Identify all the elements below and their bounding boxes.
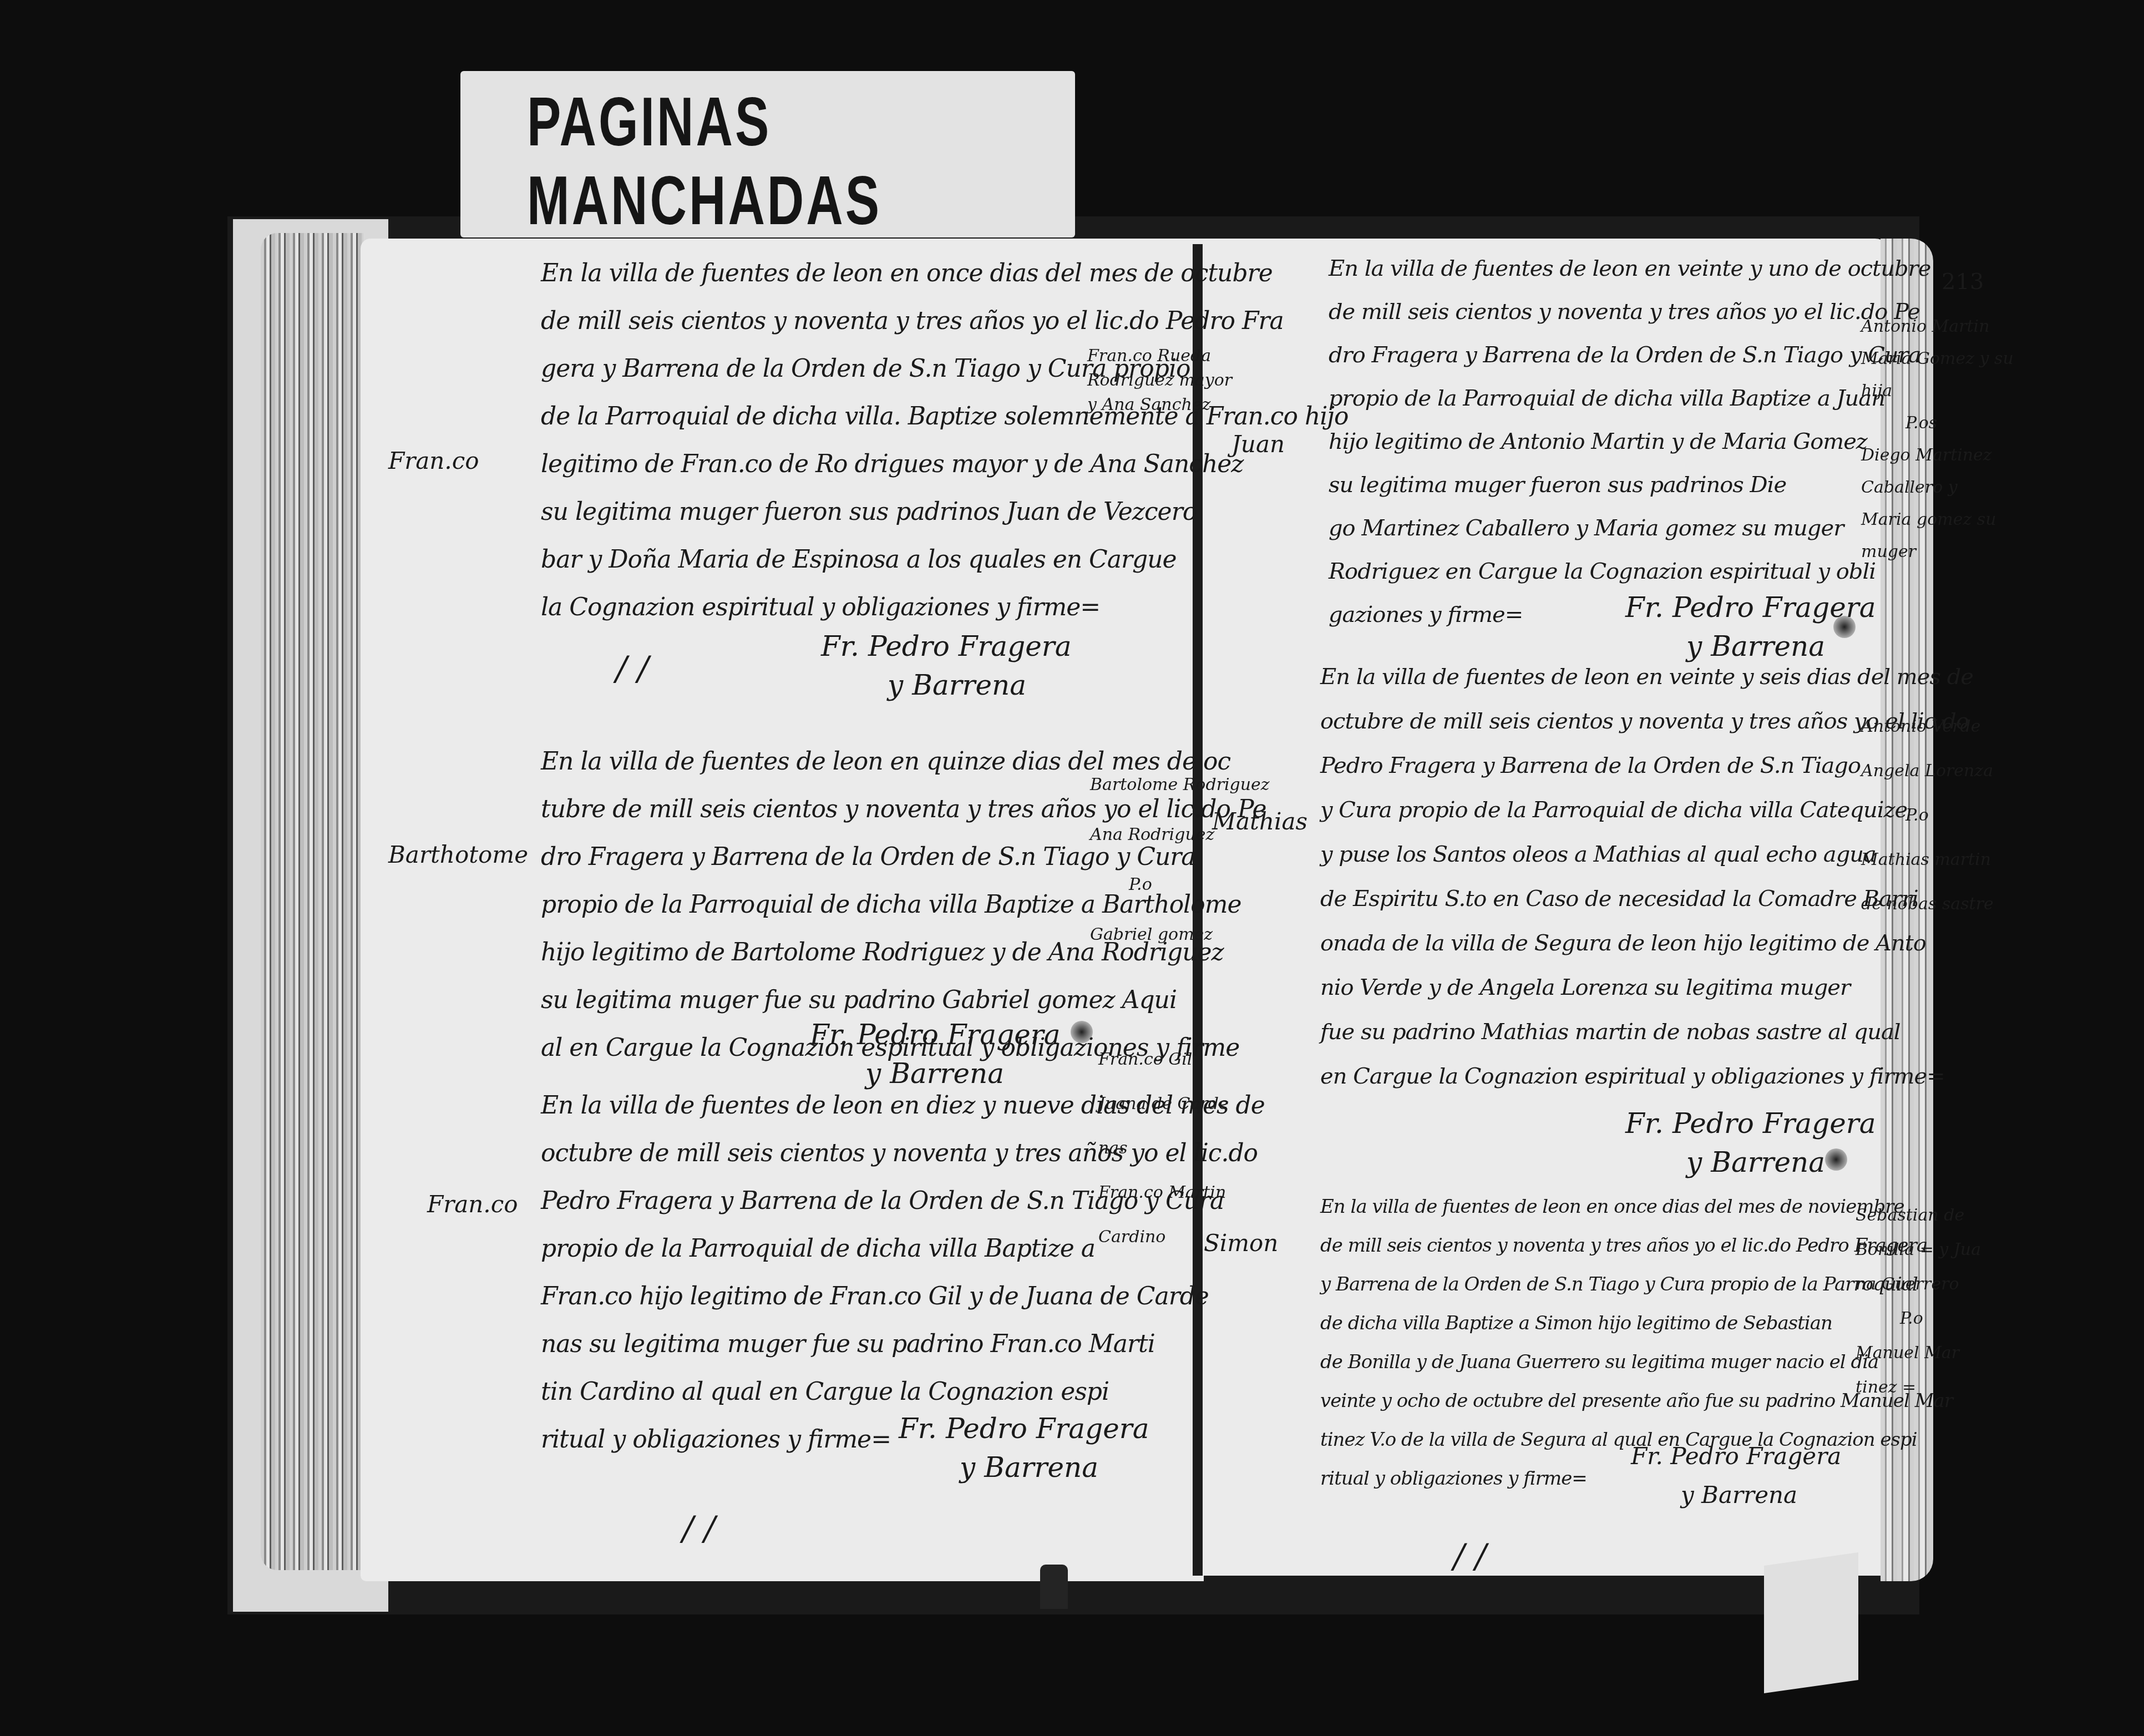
note-line: Manuel Mar bbox=[1856, 1336, 1981, 1370]
entry-line: En la villa de fuentes de leon en veinte… bbox=[1320, 655, 1973, 699]
note-line: Fran.co Rueda bbox=[1087, 344, 1232, 368]
entry-line: propio de la Parroquial de dicha villa B… bbox=[1329, 377, 1930, 420]
ink-blot bbox=[1071, 1021, 1093, 1043]
baptism-entry: En la villa de fuentes de leon en veinte… bbox=[1329, 247, 1930, 636]
entry-line: En la villa de fuentes de leon en once d… bbox=[541, 250, 1348, 297]
entry-line: dro Fragera y Barrena de la Orden de S.n… bbox=[1329, 333, 1930, 377]
note-line: P.o bbox=[1861, 793, 1994, 838]
note-line: P.o bbox=[1090, 860, 1270, 910]
note-line: Rodriguez mayor bbox=[1087, 368, 1232, 393]
separator-mark: / / bbox=[616, 649, 649, 688]
note-line: Fran.co Martin bbox=[1098, 1171, 1229, 1215]
note-line: Maria Gomez y su bbox=[1861, 343, 2014, 375]
signature-line: y Barrena bbox=[821, 666, 1072, 705]
note-line: hija bbox=[1861, 375, 2014, 407]
left-fore-edge bbox=[261, 233, 363, 1570]
ink-blot bbox=[1833, 616, 1856, 638]
signature: Fr. Pedro Fragera y Barrena bbox=[899, 1409, 1149, 1487]
note-line: Bonilla = y Jua bbox=[1856, 1233, 1981, 1267]
signature-line: Fr. Pedro Fragera bbox=[1631, 1437, 1841, 1476]
note-line: Fran.co Gil bbox=[1098, 1037, 1229, 1082]
margin-name: Fran.co bbox=[388, 444, 479, 478]
margin-note: Bartolome Rodriguez Ana Rodriguez P.o Ga… bbox=[1090, 760, 1270, 960]
entry-line: su legitima muger fueron sus padrinos Di… bbox=[1329, 463, 1930, 507]
entry-line: En la villa de fuentes de leon en veinte… bbox=[1329, 247, 1930, 290]
entry-line: nio Verde y de Angela Lorenza su legitim… bbox=[1320, 965, 1973, 1010]
entry-line: Rodriguez en Cargue la Cognazion espirit… bbox=[1329, 550, 1930, 593]
margin-note: Fran.co Rueda Rodriguez mayor y Ana Sanc… bbox=[1087, 344, 1232, 417]
note-line: Caballero y bbox=[1861, 472, 2014, 504]
note-line: Maria gomez su bbox=[1861, 504, 2014, 536]
signature-line: y Barrena bbox=[899, 1448, 1149, 1487]
note-line: Antonio Martin bbox=[1861, 311, 2014, 343]
note-line: de nobas sastre bbox=[1861, 882, 1994, 927]
entry-line: bar y Doña Maria de Espinosa a los quale… bbox=[541, 536, 1348, 584]
note-line: Mathias martin bbox=[1861, 838, 1994, 882]
note-line: Antonio Verde bbox=[1861, 705, 1994, 749]
signature: Fr. Pedro Fragera y Barrena bbox=[821, 627, 1072, 705]
note-line: Diego Martinez bbox=[1861, 439, 2014, 472]
margin-name: Fran.co bbox=[427, 1187, 518, 1222]
margin-name: Simon bbox=[1204, 1226, 1278, 1261]
margin-name: Juan bbox=[1231, 427, 1285, 462]
stained-pages-label: PAGINAS MANCHADAS bbox=[460, 71, 1075, 237]
signature: Fr. Pedro Fragera y Barrena bbox=[810, 1015, 1061, 1093]
baptism-entry: En la villa de fuentes de leon en once d… bbox=[541, 250, 1348, 631]
ink-blot bbox=[1825, 1148, 1847, 1171]
signature-line: y Barrena bbox=[1631, 1476, 1841, 1515]
margin-name: Mathias bbox=[1212, 804, 1307, 839]
note-line: Bartolome Rodriguez bbox=[1090, 760, 1270, 810]
note-line: P.os bbox=[1861, 407, 2014, 439]
signature-line: Fr. Pedro Fragera bbox=[1625, 1104, 1876, 1143]
note-line: P.o bbox=[1856, 1302, 1981, 1336]
note-line: na Guerrero bbox=[1856, 1267, 1981, 1302]
entry-line: onada de la villa de Segura de leon hijo… bbox=[1320, 921, 1973, 965]
note-line: Gabriel gomez bbox=[1090, 910, 1270, 960]
note-line: nas bbox=[1098, 1126, 1229, 1171]
margin-note: Antonio Verde Angela Lorenza P.o Mathias… bbox=[1861, 705, 1994, 927]
entry-line: go Martinez Caballero y Maria gomez su m… bbox=[1329, 507, 1930, 550]
signature: Fr. Pedro Fragera y Barrena bbox=[1631, 1437, 1841, 1515]
separator-mark: / / bbox=[1453, 1537, 1487, 1576]
entry-line: de mill seis cientos y noventa y tres añ… bbox=[541, 297, 1348, 345]
note-line: tinez = bbox=[1856, 1370, 1981, 1405]
note-line: muger bbox=[1861, 536, 2014, 568]
entry-line: en Cargue la Cognazion espiritual y obli… bbox=[1320, 1054, 1973, 1099]
margin-note: Sebastian de Bonilla = y Jua na Guerrero… bbox=[1856, 1198, 1981, 1405]
note-line: Juana de Carde bbox=[1098, 1082, 1229, 1126]
entry-line: hijo legitimo de Antonio Martin y de Mar… bbox=[1329, 420, 1930, 463]
separator-mark: / / bbox=[682, 1509, 716, 1548]
entry-line: legitimo de Fran.co de Ro drigues mayor … bbox=[541, 441, 1348, 488]
entry-line: de mill seis cientos y noventa y tres añ… bbox=[1329, 290, 1930, 333]
note-line: y Ana Sanchez bbox=[1087, 393, 1232, 417]
entry-line: nas su legitima muger fue su padrino Fra… bbox=[541, 1320, 1265, 1368]
signature-line: Fr. Pedro Fragera bbox=[810, 1015, 1061, 1054]
entry-line: la Cognazion espiritual y obligaziones y… bbox=[541, 584, 1348, 631]
paper-slip bbox=[1764, 1552, 1858, 1693]
entry-line: fue su padrino Mathias martin de nobas s… bbox=[1320, 1010, 1973, 1054]
entry-line: Fran.co hijo legitimo de Fran.co Gil y d… bbox=[541, 1273, 1265, 1320]
bookmark-tab bbox=[1040, 1565, 1068, 1609]
page-number: 213 bbox=[1942, 269, 1984, 295]
note-line: Angela Lorenza bbox=[1861, 749, 1994, 793]
margin-note: Antonio Martin Maria Gomez y su hija P.o… bbox=[1861, 311, 2014, 568]
note-line: Sebastian de bbox=[1856, 1198, 1981, 1233]
signature-line: Fr. Pedro Fragera bbox=[899, 1409, 1149, 1448]
margin-name: Barthotome bbox=[388, 838, 528, 872]
entry-line: su legitima muger fueron sus padrinos Ju… bbox=[541, 488, 1348, 536]
signature-line: Fr. Pedro Fragera bbox=[821, 627, 1072, 666]
label-text: PAGINAS MANCHADAS bbox=[527, 83, 1075, 241]
